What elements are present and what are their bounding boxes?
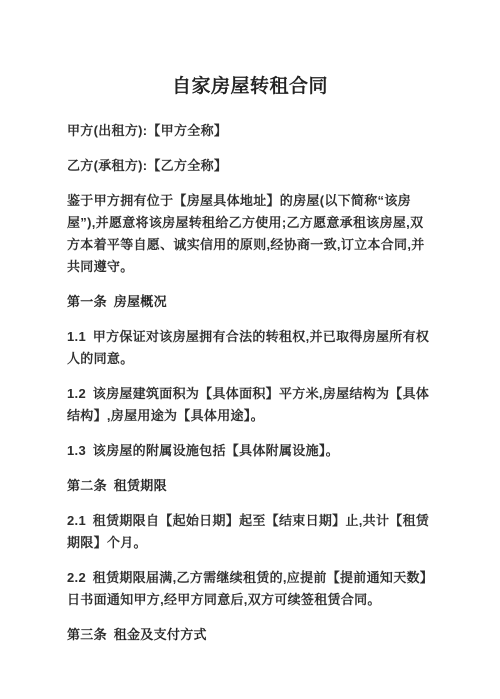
section-2-heading: 第二条 租赁期限 [67, 475, 433, 497]
party-a-line: 甲方(出租方):【甲方全称】 [67, 120, 433, 142]
clause-1-1: 1.1 甲方保证对该房屋拥有合法的转租权,并已取得房屋所有权人的同意。 [67, 326, 433, 370]
party-b-line: 乙方(承租方):【乙方全称】 [67, 155, 433, 177]
clause-2-2: 2.2 租赁期限届满,乙方需继续租赁的,应提前【提前通知天数】日书面通知甲方,经… [67, 567, 433, 611]
section-3-heading: 第三条 租金及支付方式 [67, 624, 433, 646]
section-1-heading: 第一条 房屋概况 [67, 291, 433, 313]
clause-1-2: 1.2 该房屋建筑面积为【具体面积】平方米,房屋结构为【具体结构】,房屋用途为【… [67, 383, 433, 427]
preamble-paragraph: 鉴于甲方拥有位于【房屋具体地址】的房屋(以下简称“该房屋”),并愿意将该房屋转租… [67, 190, 433, 278]
document-title: 自家房屋转租合同 [67, 74, 433, 100]
contract-document-page: 自家房屋转租合同 甲方(出租方):【甲方全称】 乙方(承租方):【乙方全称】 鉴… [0, 0, 500, 699]
clause-2-1: 2.1 租赁期限自【起始日期】起至【结束日期】止,共计【租赁期限】个月。 [67, 510, 433, 554]
clause-1-3: 1.3 该房屋的附属设施包括【具体附属设施】。 [67, 440, 433, 462]
